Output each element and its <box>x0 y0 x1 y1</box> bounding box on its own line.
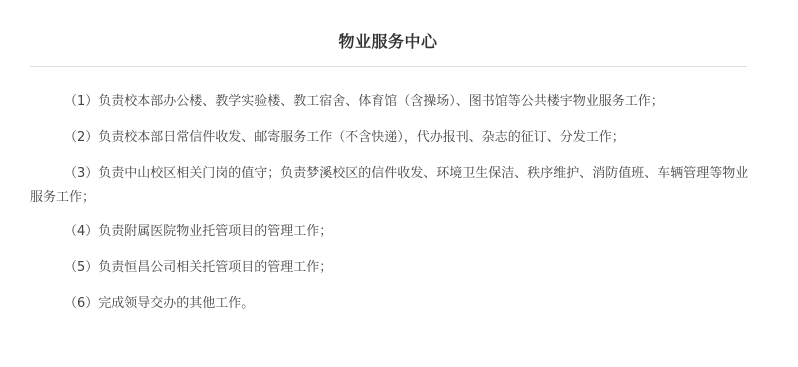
duty-item-6: （6）完成领导交办的其他工作。 <box>30 292 750 316</box>
duty-item-1: （1）负责校本部办公楼、教学实验楼、教工宿舍、体育馆（含操场）、图书馆等公共楼宇… <box>30 90 750 114</box>
duty-item-4: （4）负责附属医院物业托管项目的管理工作； <box>30 220 750 244</box>
duty-item-2: （2）负责校本部日常信件收发、邮寄服务工作（不含快递），代办报刊、杂志的征订、分… <box>30 126 750 150</box>
duty-item-5: （5）负责恒昌公司相关托管项目的管理工作； <box>30 256 750 280</box>
article-body: （1）负责校本部办公楼、教学实验楼、教工宿舍、体育馆（含操场）、图书馆等公共楼宇… <box>30 90 750 328</box>
page-title: 物业服务中心 <box>0 29 776 55</box>
title-divider <box>30 66 747 67</box>
duty-item-3: （3）负责中山校区相关门岗的值守；负责梦溪校区的信件收发、环境卫生保洁、秩序维护… <box>30 162 750 210</box>
